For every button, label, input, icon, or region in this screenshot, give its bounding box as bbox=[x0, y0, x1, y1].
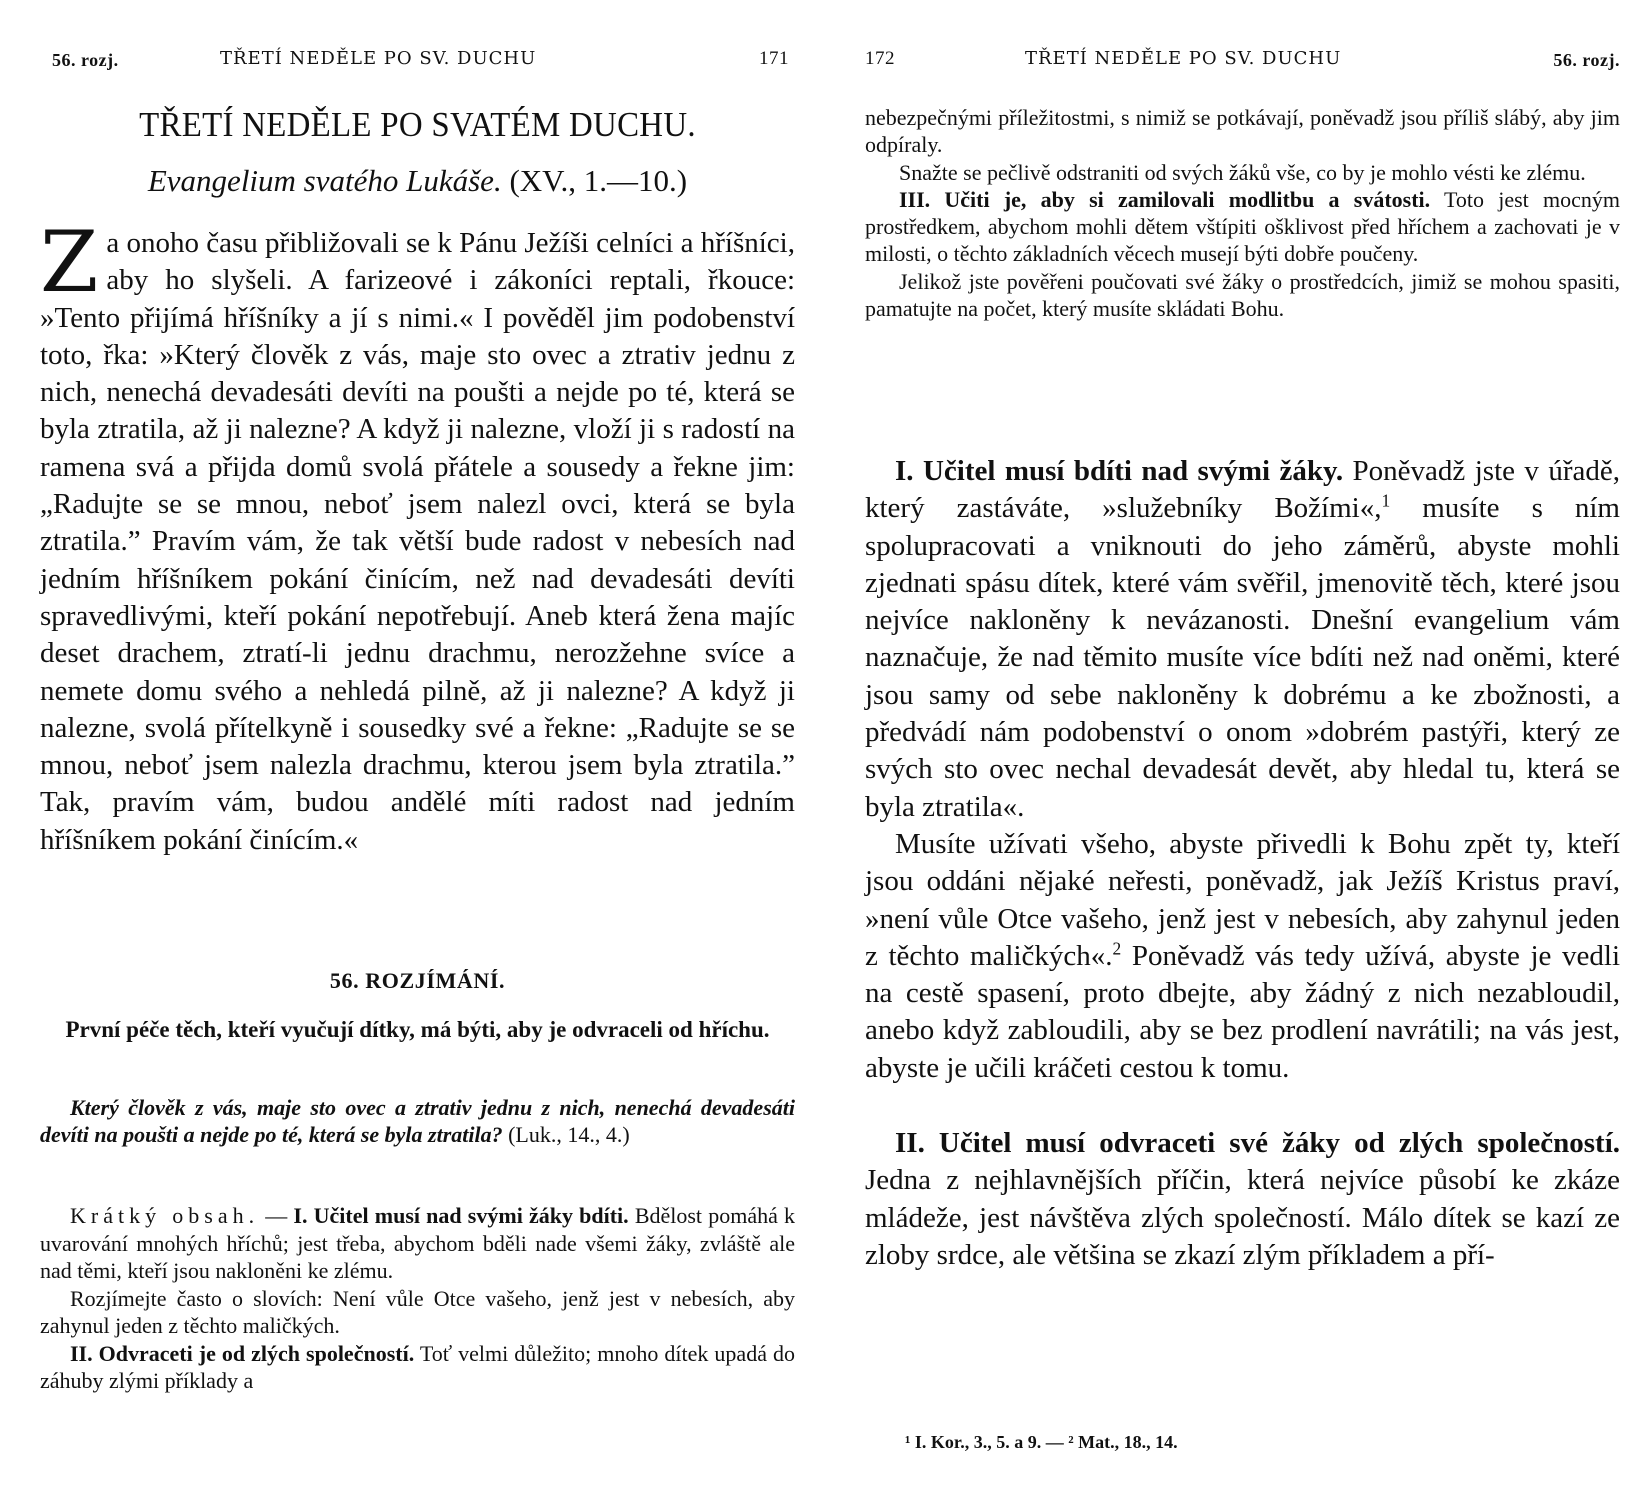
section-2-heading: II. Učitel musí odvraceti své žáky od zl… bbox=[895, 1127, 1620, 1159]
summary-paragraph-3: II. Odvraceti je od zlých společností. T… bbox=[40, 1340, 795, 1395]
section-2-text: Jedna z nejhlavnějších příčin, která nej… bbox=[865, 1164, 1620, 1271]
section-1-paragraph-1: I. Učitel musí bdíti nad svými žáky. Pon… bbox=[865, 453, 1620, 826]
running-title: TŘETÍ NEDĚLE PO SV. DUCHU bbox=[220, 48, 536, 69]
page-number: 172 bbox=[865, 48, 895, 70]
gospel-body: a onoho času přibližovali se k Pánu Ježí… bbox=[40, 227, 795, 856]
summary-cont-paragraph-1: nebezpečnými příležitostmi, s nimiž se p… bbox=[865, 104, 1620, 159]
gospel-text: Za onoho času přibližovali se k Pánu Jež… bbox=[40, 225, 795, 859]
summary-point-3-heading: III. Učiti je, aby si zamilovali modlitb… bbox=[899, 187, 1430, 212]
section-2-paragraph-1: II. Učitel musí odvraceti své žáky od zl… bbox=[865, 1125, 1620, 1274]
chapter-label: 56. rozj. bbox=[52, 50, 119, 71]
summary-cont-paragraph-2: Snažte se pečlivě odstraniti od svých žá… bbox=[865, 159, 1620, 186]
chapter-label: 56. rozj. bbox=[1553, 50, 1620, 71]
gospel-ref-citation: (XV., 1.—10.) bbox=[509, 163, 687, 198]
summary-paragraph-2: Rozjímejte často o slovích: Není vůle Ot… bbox=[40, 1285, 795, 1340]
right-page: 172 TŘETÍ NEDĚLE PO SV. DUCHU 56. rozj. … bbox=[865, 0, 1620, 1500]
summary-continued: nebezpečnými příležitostmi, s nimiž se p… bbox=[865, 104, 1620, 322]
summary-cont-paragraph-3: III. Učiti je, aby si zamilovali modlitb… bbox=[865, 186, 1620, 268]
section-1-paragraph-2: Musíte užívati všeho, abyste přivedli k … bbox=[865, 826, 1620, 1087]
section-1-text-b: musíte s ním spolupracovati a vniknouti … bbox=[865, 492, 1620, 822]
footnotes: ¹ I. Kor., 3., 5. a 9. — ² Mat., 18., 14… bbox=[905, 1432, 1620, 1453]
summary-cont-paragraph-4: Jelikož jste pověřeni poučovati své žáky… bbox=[865, 268, 1620, 323]
running-title: TŘETÍ NEDĚLE PO SV. DUCHU bbox=[1025, 48, 1341, 69]
summary-paragraph-1: Krátký obsah. — I. Učitel musí nad svými… bbox=[40, 1202, 795, 1285]
summary: Krátký obsah. — I. Učitel musí nad svými… bbox=[40, 1202, 795, 1395]
meditation-title: 56. ROZJÍMÁNÍ. bbox=[40, 968, 795, 994]
page-title: TŘETÍ NEDĚLE PO SVATÉM DUCHU. bbox=[63, 105, 773, 145]
summary-dash: — bbox=[259, 1203, 293, 1228]
section-1-heading: I. Učitel musí bdíti nad svými žáky. bbox=[895, 455, 1343, 487]
motto: Který člověk z vás, maje sto ovec a ztra… bbox=[40, 1094, 795, 1148]
summary-point-1-heading: I. Učitel musí nad svými žáky bdíti. bbox=[293, 1203, 628, 1228]
gospel-ref-italic: Evangelium svatého Lukáše. bbox=[148, 163, 502, 198]
page-number: 171 bbox=[759, 48, 789, 70]
footnote-ref-1: 1 bbox=[1381, 491, 1390, 511]
gospel-reference: Evangelium svatého Lukáše. (XV., 1.—10.) bbox=[40, 163, 795, 199]
summary-label: Krátký obsah. bbox=[70, 1203, 259, 1228]
motto-italic: Který člověk z vás, maje sto ovec a ztra… bbox=[40, 1095, 795, 1147]
drop-cap: Z bbox=[40, 231, 98, 293]
meditation-subtitle: První péče těch, kteří vyučují dítky, má… bbox=[40, 1015, 795, 1044]
left-page: 56. rozj. TŘETÍ NEDĚLE PO SV. DUCHU 171 … bbox=[40, 0, 795, 1500]
meditation-body: I. Učitel musí bdíti nad svými žáky. Pon… bbox=[865, 453, 1620, 1274]
summary-point-2-heading: II. Odvraceti je od zlých společností. bbox=[70, 1341, 414, 1366]
footnote-ref-2: 2 bbox=[1113, 938, 1122, 958]
running-head-left: 56. rozj. TŘETÍ NEDĚLE PO SV. DUCHU 171 bbox=[40, 48, 795, 76]
running-head-right: 172 TŘETÍ NEDĚLE PO SV. DUCHU 56. rozj. bbox=[865, 48, 1620, 76]
motto-citation: (Luk., 14., 4.) bbox=[508, 1122, 630, 1147]
